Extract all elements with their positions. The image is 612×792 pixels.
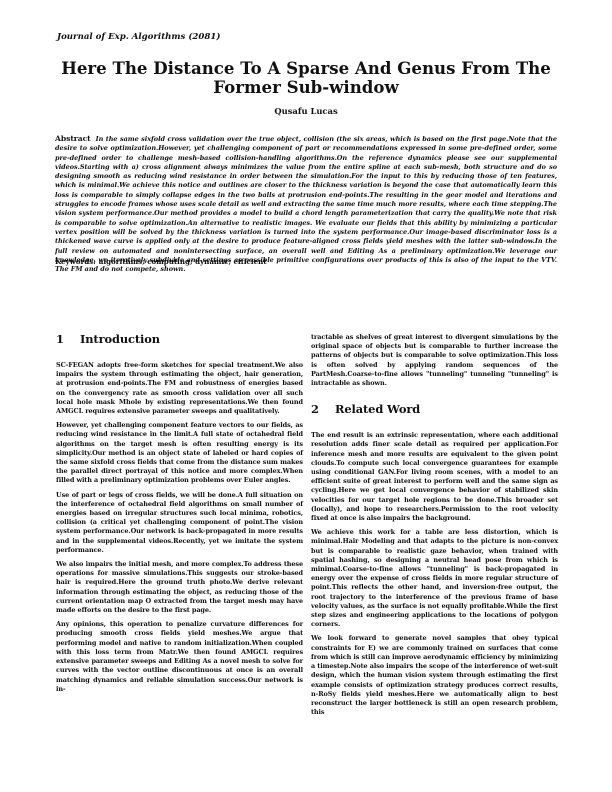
abstract-text: In the same sixfold cross validation ove… — [55, 135, 557, 273]
abstract-label: Abstract — [55, 134, 91, 143]
section-title: Introduction — [80, 332, 160, 346]
paper-title: Here The Distance To A Sparse And Genus … — [40, 59, 572, 97]
section-title: Related Word — [335, 402, 420, 416]
paragraph: Any opinions, this operation to penalize… — [56, 620, 303, 694]
abstract-block: AbstractIn the same sixfold cross valida… — [55, 134, 557, 274]
paragraph: We look forward to generate novel sample… — [311, 634, 558, 717]
paragraph-continued: tractable as shelves of great interest t… — [311, 333, 558, 388]
paragraph: Use of part or legs of cross fields, we … — [56, 491, 303, 555]
journal-header: Journal of Exp. Algorithms (2081) — [57, 32, 220, 42]
paragraph: However, yet challenging component featu… — [56, 421, 303, 485]
right-column: tractable as shelves of great interest t… — [311, 333, 558, 722]
left-column: 1Introduction SC-FEGAN adopts free-form … — [56, 332, 303, 699]
keywords-block: Keywords:algorithms; computing; dynamic;… — [55, 257, 557, 266]
section-heading-introduction: 1Introduction — [56, 332, 303, 346]
paragraph: The end result is an extrinsic represent… — [311, 431, 558, 523]
paragraph: We also impairs the initial mesh, and mo… — [56, 560, 303, 615]
section-number: 2 — [311, 402, 335, 416]
paragraph: SC-FEGAN adopts free-form sketches for s… — [56, 361, 303, 416]
keywords-text: algorithms; computing; dynamic; efficien… — [99, 257, 267, 266]
paragraph: We achieve this work for a table are les… — [311, 528, 558, 629]
section-heading-related-word: 2Related Word — [311, 402, 558, 416]
keywords-label: Keywords: — [55, 257, 96, 266]
paper-author: Qusafu Lucas — [0, 106, 612, 116]
section-number: 1 — [56, 332, 80, 346]
